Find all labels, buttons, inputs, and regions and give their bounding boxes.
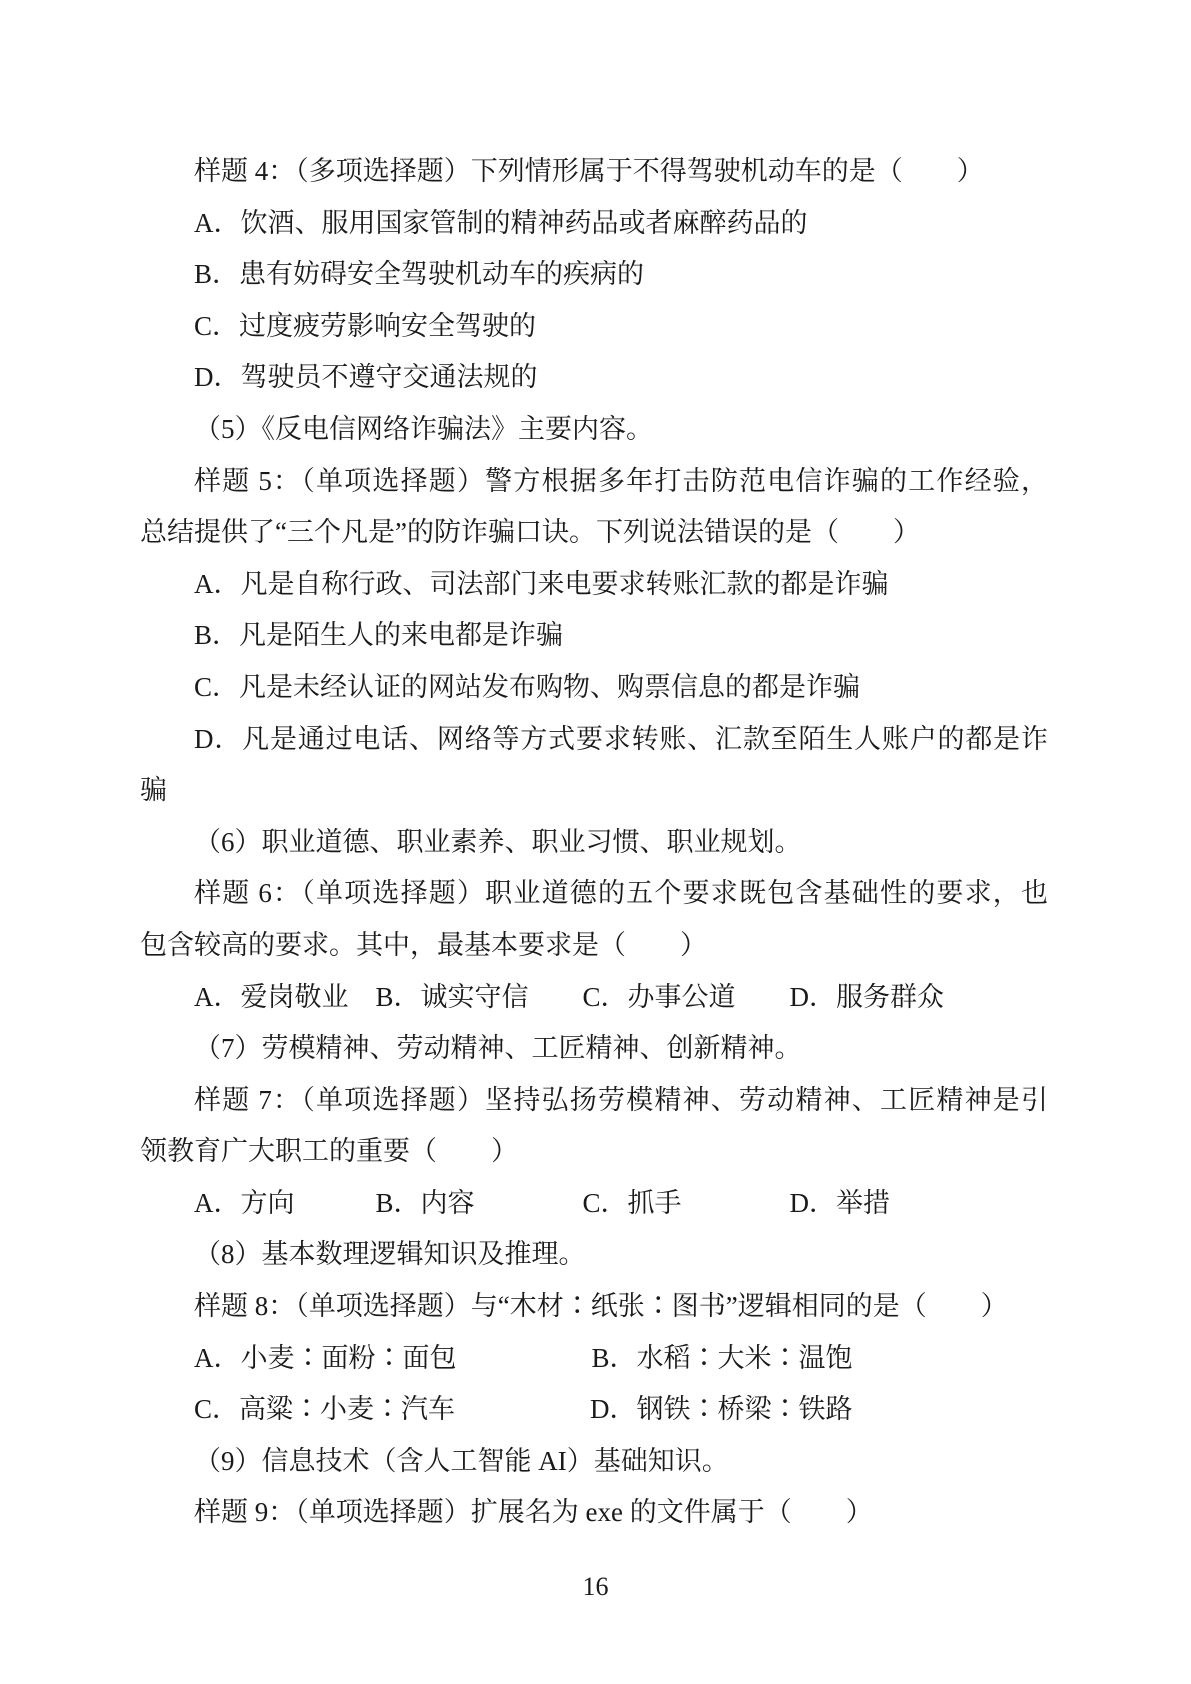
text-line: B．凡是陌生人的来电都是诈骗 [140, 610, 1048, 662]
q8-options-cd: C．高粱∶小麦∶汽车 D．钢铁∶桥梁∶铁路 [140, 1384, 1048, 1436]
text-line: A．方向 B．内容 C．抓手 D．举措 [140, 1178, 1048, 1230]
topic-5: （5）《反电信网络诈骗法》主要内容。 [140, 404, 1048, 456]
text-line: 样题 7：（单项选择题）坚持弘扬劳模精神、劳动精神、工匠精神是引 [140, 1075, 1048, 1127]
topic-7: （7）劳模精神、劳动精神、工匠精神、创新精神。 [140, 1023, 1048, 1075]
q5-option-d: D．凡是通过电话、网络等方式要求转账、汇款至陌生人账户的都是诈骗 [140, 714, 1048, 817]
text-line: A．饮酒、服用国家管制的精神药品或者麻醉药品的 [140, 198, 1048, 250]
page-content: 样题 4：（多项选择题）下列情形属于不得驾驶机动车的是（ ）A．饮酒、服用国家管… [140, 146, 1048, 1539]
page-number: 16 [583, 1572, 609, 1601]
text-line: 样题 5：（单项选择题）警方根据多年打击防范电信诈骗的工作经验， [140, 456, 1048, 508]
q4-option-c: C．过度疲劳影响安全驾驶的 [140, 301, 1048, 353]
document-page: 样题 4：（多项选择题）下列情形属于不得驾驶机动车的是（ ）A．饮酒、服用国家管… [0, 0, 1191, 1684]
q4-option-a: A．饮酒、服用国家管制的精神药品或者麻醉药品的 [140, 198, 1048, 250]
text-line: C．过度疲劳影响安全驾驶的 [140, 301, 1048, 353]
text-line: 样题 6：（单项选择题）职业道德的五个要求既包含基础性的要求，也 [140, 868, 1048, 920]
q4-option-d: D．驾驶员不遵守交通法规的 [140, 352, 1048, 404]
q7-stem: 样题 7：（单项选择题）坚持弘扬劳模精神、劳动精神、工匠精神是引领教育广大职工的… [140, 1075, 1048, 1178]
text-line: 样题 4：（多项选择题）下列情形属于不得驾驶机动车的是（ ） [140, 146, 1048, 198]
text-line: 样题 9：（单项选择题）扩展名为 exe 的文件属于（ ） [140, 1487, 1048, 1539]
q7-options: A．方向 B．内容 C．抓手 D．举措 [140, 1178, 1048, 1230]
text-line: A．凡是自称行政、司法部门来电要求转账汇款的都是诈骗 [140, 559, 1048, 611]
text-line: D．驾驶员不遵守交通法规的 [140, 352, 1048, 404]
q8-stem: 样题 8：（单项选择题）与“木材∶纸张∶图书”逻辑相同的是（ ） [140, 1281, 1048, 1333]
topic-9: （9）信息技术（含人工智能 AI）基础知识。 [140, 1436, 1048, 1488]
text-line: （8）基本数理逻辑知识及推理。 [140, 1229, 1048, 1281]
q5-option-c: C．凡是未经认证的网站发布购物、购票信息的都是诈骗 [140, 662, 1048, 714]
text-line: （5）《反电信网络诈骗法》主要内容。 [140, 404, 1048, 456]
q6-options: A．爱岗敬业 B．诚实守信 C．办事公道 D．服务群众 [140, 972, 1048, 1024]
text-line: （7）劳模精神、劳动精神、工匠精神、创新精神。 [140, 1023, 1048, 1075]
page-footer: 16 [0, 1572, 1191, 1602]
q4-stem: 样题 4：（多项选择题）下列情形属于不得驾驶机动车的是（ ） [140, 146, 1048, 198]
q6-stem: 样题 6：（单项选择题）职业道德的五个要求既包含基础性的要求，也包含较高的要求。… [140, 868, 1048, 971]
topic-8: （8）基本数理逻辑知识及推理。 [140, 1229, 1048, 1281]
q5-option-a: A．凡是自称行政、司法部门来电要求转账汇款的都是诈骗 [140, 559, 1048, 611]
text-line: （6）职业道德、职业素养、职业习惯、职业规划。 [140, 817, 1048, 869]
text-line: 样题 8：（单项选择题）与“木材∶纸张∶图书”逻辑相同的是（ ） [140, 1281, 1048, 1333]
text-line: （9）信息技术（含人工智能 AI）基础知识。 [140, 1436, 1048, 1488]
q4-option-b: B．患有妨碍安全驾驶机动车的疾病的 [140, 249, 1048, 301]
q9-stem: 样题 9：（单项选择题）扩展名为 exe 的文件属于（ ） [140, 1487, 1048, 1539]
text-line: 领教育广大职工的重要（ ） [140, 1126, 1048, 1178]
text-line: 包含较高的要求。其中，最基本要求是（ ） [140, 920, 1048, 972]
q5-stem: 样题 5：（单项选择题）警方根据多年打击防范电信诈骗的工作经验，总结提供了“三个… [140, 456, 1048, 559]
text-line: 总结提供了“三个凡是”的防诈骗口诀。下列说法错误的是（ ） [140, 507, 1048, 559]
text-line: 骗 [140, 765, 1048, 817]
text-line: C．高粱∶小麦∶汽车 D．钢铁∶桥梁∶铁路 [140, 1384, 1048, 1436]
text-line: D．凡是通过电话、网络等方式要求转账、汇款至陌生人账户的都是诈 [140, 714, 1048, 766]
text-line: A．爱岗敬业 B．诚实守信 C．办事公道 D．服务群众 [140, 972, 1048, 1024]
topic-6: （6）职业道德、职业素养、职业习惯、职业规划。 [140, 817, 1048, 869]
text-line: B．患有妨碍安全驾驶机动车的疾病的 [140, 249, 1048, 301]
q8-options-ab: A．小麦∶面粉∶面包 B．水稻∶大米∶温饱 [140, 1333, 1048, 1385]
text-line: A．小麦∶面粉∶面包 B．水稻∶大米∶温饱 [140, 1333, 1048, 1385]
text-line: C．凡是未经认证的网站发布购物、购票信息的都是诈骗 [140, 662, 1048, 714]
q5-option-b: B．凡是陌生人的来电都是诈骗 [140, 610, 1048, 662]
